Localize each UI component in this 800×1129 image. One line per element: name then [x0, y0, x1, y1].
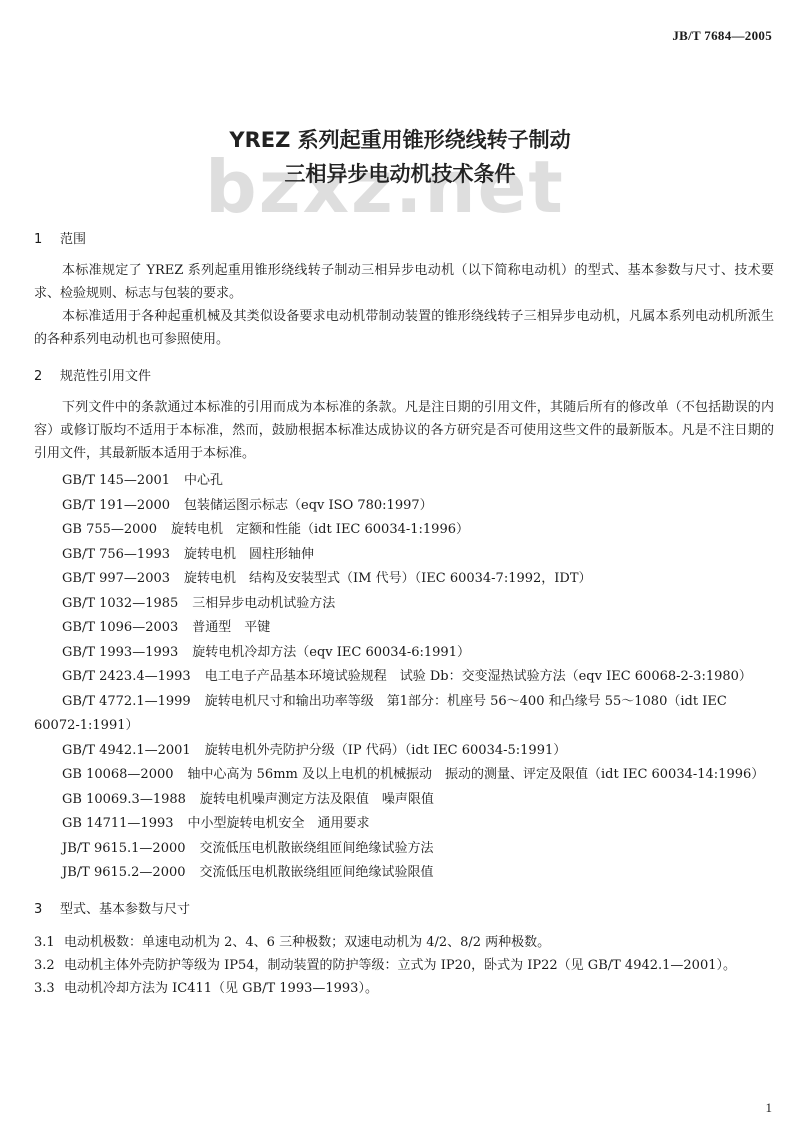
- reference-item: GB 10069.3—1988旋转电机噪声测定方法及限值 噪声限值: [34, 788, 774, 813]
- reference-item: GB/T 4772.1—1999旋转电机尺寸和输出功率等级 第1部分：机座号 5…: [34, 690, 774, 739]
- section-scope: 1范围 本标准规定了 YREZ 系列起重用锥形绕线转子制动三相异步电动机（以下简…: [34, 228, 774, 351]
- reference-item: GB 14711—1993中小型旋转电机安全 通用要求: [34, 812, 774, 837]
- section-type-parameters-dimensions: 3型式、基本参数与尺寸 3.1电动机极数：单速电动机为 2、4、6 三种极数；双…: [34, 898, 774, 1000]
- reference-title: 中小型旋转电机安全 通用要求: [188, 816, 370, 831]
- reference-item: GB/T 997—2003旋转电机 结构及安装型式（IM 代号）（IEC 600…: [34, 567, 774, 592]
- section-title: 型式、基本参数与尺寸: [60, 902, 190, 917]
- reference-code: JB/T 9615.1—2000: [62, 841, 186, 856]
- reference-item: GB/T 4942.1—2001旋转电机外壳防护分级（IP 代码）（idt IE…: [34, 739, 774, 764]
- reference-item: GB 10068—2000轴中心高为 56mm 及以上电机的机械振动 振动的测量…: [34, 763, 774, 788]
- section-number: 3: [34, 898, 60, 921]
- reference-code: GB 10069.3—1988: [62, 792, 186, 807]
- reference-title: 旋转电机噪声测定方法及限值 噪声限值: [200, 792, 434, 807]
- reference-title: 交流低压电机散嵌绕组匝间绝缘试验限值: [200, 865, 434, 880]
- paragraph: 本标准适用于各种起重机械及其类似设备要求电动机带制动装置的锥形绕线转子三相异步电…: [34, 305, 774, 351]
- clause-number: 3.3: [34, 977, 64, 1000]
- reference-code: GB/T 4772.1—1999: [62, 694, 191, 709]
- reference-code: GB/T 997—2003: [62, 571, 170, 586]
- reference-item: GB/T 1096—2003普通型 平键: [34, 616, 774, 641]
- clause: 3.3电动机冷却方法为 IC411（见 GB/T 1993—1993）。: [34, 977, 774, 1000]
- reference-item: JB/T 9615.2—2000交流低压电机散嵌绕组匝间绝缘试验限值: [34, 861, 774, 886]
- reference-title: 旋转电机外壳防护分级（IP 代码）（idt IEC 60034-5:1991）: [205, 743, 567, 758]
- reference-item: GB/T 1993—1993旋转电机冷却方法（eqv IEC 60034-6:1…: [34, 641, 774, 666]
- reference-code: GB/T 1096—2003: [62, 620, 178, 635]
- reference-code: GB/T 191—2000: [62, 498, 170, 513]
- reference-title: 轴中心高为 56mm 及以上电机的机械振动 振动的测量、评定及限值（idt IE…: [188, 767, 765, 782]
- reference-title: 旋转电机 结构及安装型式（IM 代号）（IEC 60034-7:1992，IDT…: [184, 571, 592, 586]
- clause-text: 电动机主体外壳防护等级为 IP54，制动装置的防护等级：立式为 IP20，卧式为…: [64, 958, 736, 973]
- reference-code: GB/T 4942.1—2001: [62, 743, 191, 758]
- reference-item: GB/T 756—1993旋转电机 圆柱形轴伸: [34, 543, 774, 568]
- reference-code: JB/T 9615.2—2000: [62, 865, 186, 880]
- clause: 3.1电动机极数：单速电动机为 2、4、6 三种极数；双速电动机为 4/2、8/…: [34, 931, 774, 954]
- document-body: 1范围 本标准规定了 YREZ 系列起重用锥形绕线转子制动三相异步电动机（以下简…: [34, 228, 774, 1000]
- section-title: 范围: [60, 232, 86, 247]
- reference-code: GB/T 145—2001: [62, 473, 170, 488]
- page-number: 1: [766, 1100, 773, 1116]
- section-heading: 3型式、基本参数与尺寸: [34, 898, 774, 921]
- reference-code: GB 10068—2000: [62, 767, 174, 782]
- reference-code: GB/T 1032—1985: [62, 596, 178, 611]
- clause: 3.2电动机主体外壳防护等级为 IP54，制动装置的防护等级：立式为 IP20，…: [34, 954, 774, 977]
- reference-title: 交流低压电机散嵌绕组匝间绝缘试验方法: [200, 841, 434, 856]
- document-title-line-2: 三相异步电动机技术条件: [0, 158, 800, 188]
- reference-code: GB/T 1993—1993: [62, 645, 178, 660]
- reference-title: 包装储运图示标志（eqv ISO 780:1997）: [184, 498, 433, 513]
- clause-number: 3.1: [34, 931, 64, 954]
- section-heading: 2规范性引用文件: [34, 365, 774, 388]
- paragraph: 本标准规定了 YREZ 系列起重用锥形绕线转子制动三相异步电动机（以下简称电动机…: [34, 259, 774, 305]
- reference-item: GB/T 1032—1985三相异步电动机试验方法: [34, 592, 774, 617]
- reference-title: 电工电子产品基本环境试验规程 试验 Db：交变湿热试验方法（eqv IEC 60…: [205, 669, 752, 684]
- reference-code: GB/T 2423.4—1993: [62, 669, 191, 684]
- reference-item: GB/T 145—2001中心孔: [34, 469, 774, 494]
- clause-text: 电动机极数：单速电动机为 2、4、6 三种极数；双速电动机为 4/2、8/2 两…: [64, 935, 550, 950]
- document-title-line-1: YREZ 系列起重用锥形绕线转子制动: [0, 124, 800, 154]
- reference-title: 普通型 平键: [192, 620, 270, 635]
- reference-title: 旋转电机 圆柱形轴伸: [184, 547, 314, 562]
- section-normative-references: 2规范性引用文件 下列文件中的条款通过本标准的引用而成为本标准的条款。凡是注日期…: [34, 365, 774, 886]
- reference-item: GB/T 191—2000包装储运图示标志（eqv ISO 780:1997）: [34, 494, 774, 519]
- reference-title: 旋转电机 定额和性能（idt IEC 60034-1:1996）: [171, 522, 469, 537]
- reference-item: GB/T 2423.4—1993电工电子产品基本环境试验规程 试验 Db：交变湿…: [34, 665, 774, 690]
- reference-code: GB 755—2000: [62, 522, 157, 537]
- section-number: 2: [34, 365, 60, 388]
- section-number: 1: [34, 228, 60, 251]
- section-title: 规范性引用文件: [60, 369, 151, 384]
- clause-text: 电动机冷却方法为 IC411（见 GB/T 1993—1993）。: [64, 981, 378, 996]
- reference-item: JB/T 9615.1—2000交流低压电机散嵌绕组匝间绝缘试验方法: [34, 837, 774, 862]
- clause-number: 3.2: [34, 954, 64, 977]
- reference-item: GB 755—2000旋转电机 定额和性能（idt IEC 60034-1:19…: [34, 518, 774, 543]
- section-heading: 1范围: [34, 228, 774, 251]
- paragraph: 下列文件中的条款通过本标准的引用而成为本标准的条款。凡是注日期的引用文件，其随后…: [34, 396, 774, 465]
- reference-code: GB/T 756—1993: [62, 547, 170, 562]
- reference-title: 旋转电机冷却方法（eqv IEC 60034-6:1991）: [192, 645, 470, 660]
- reference-list: GB/T 145—2001中心孔 GB/T 191—2000包装储运图示标志（e…: [34, 469, 774, 886]
- reference-title: 中心孔: [184, 473, 223, 488]
- reference-title: 三相异步电动机试验方法: [192, 596, 335, 611]
- reference-code: GB 14711—1993: [62, 816, 174, 831]
- standard-number: JB/T 7684—2005: [672, 28, 772, 44]
